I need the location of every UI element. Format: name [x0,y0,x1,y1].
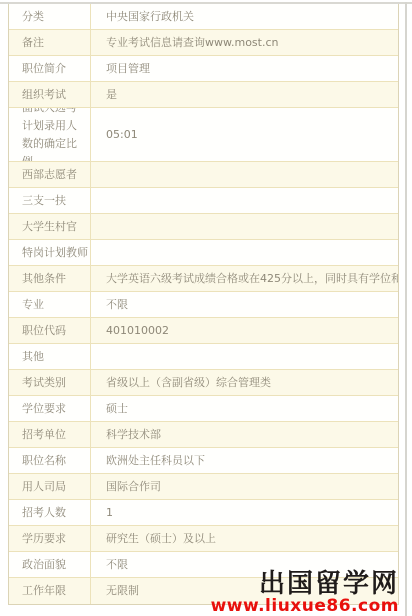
row-value: 硕士 [91,400,398,418]
watermark-site-url: www.liuxue86.com [211,598,399,615]
row-value: 是 [91,86,398,104]
row-label: 职位名称 [9,448,91,473]
position-info-table: 分类 中央国家行政机关 备注 专业考试信息请查询www.most.cn 职位简介… [8,4,399,605]
table-row-special-post-teacher: 特岗计划教师 [9,240,398,266]
table-row-position-name: 职位名称 欧洲处主任科员以下 [9,448,398,474]
row-label: 学位要求 [9,396,91,421]
row-label: 分类 [9,4,91,29]
row-label: 招考单位 [9,422,91,447]
row-label: 特岗计划教师 [9,240,91,265]
row-value: 研究生（硕士）及以上 [91,530,398,548]
table-row-major: 专业 不限 [9,292,398,318]
row-value: 05:01 [91,126,398,144]
row-label: 用人司局 [9,474,91,499]
row-label: 西部志愿者 [9,162,91,187]
row-label: 备注 [9,30,91,55]
table-row-degree-requirement: 学位要求 硕士 [9,396,398,422]
row-value: 不限 [91,296,398,314]
table-row-category: 分类 中央国家行政机关 [9,4,398,30]
row-value: 科学技术部 [91,426,398,444]
row-value: 1 [91,504,398,522]
row-value: 大学英语六级考试成绩合格或在425分以上，同时具有学位和学历。 [91,270,398,288]
row-label: 职位简介 [9,56,91,81]
site-watermark: 出国留学网 www.liuxue86.com [211,571,399,615]
row-label: 三支一扶 [9,188,91,213]
row-label: 政治面貌 [9,552,91,577]
row-label: 专业 [9,292,91,317]
table-row-sanzhiyifu: 三支一扶 [9,188,398,214]
table-row-recruit-count: 招考人数 1 [9,500,398,526]
table-row-position-intro: 职位简介 项目管理 [9,56,398,82]
row-label: 其他 [9,344,91,369]
row-label: 职位代码 [9,318,91,343]
table-row-recruiting-unit: 招考单位 科学技术部 [9,422,398,448]
row-value: 专业考试信息请查询www.most.cn [91,34,398,52]
row-label: 招考人数 [9,500,91,525]
table-row-organized-exam: 组织考试 是 [9,82,398,108]
row-label: 学历要求 [9,526,91,551]
page-right-border [405,2,407,616]
row-label: 组织考试 [9,82,91,107]
table-row-exam-category: 考试类别 省级以上（含副省级）综合管理类 [9,370,398,396]
row-label: 面试人选与计划录用人数的确定比例 [9,108,91,161]
table-row-position-code: 职位代码 401010002 [9,318,398,344]
table-row-remarks: 备注 专业考试信息请查询www.most.cn [9,30,398,56]
row-label: 考试类别 [9,370,91,395]
table-row-western-volunteer: 西部志愿者 [9,162,398,188]
row-value: 401010002 [91,322,398,340]
row-label: 大学生村官 [9,214,91,239]
row-value: 欧洲处主任科员以下 [91,452,398,470]
table-row-interview-ratio: 面试人选与计划录用人数的确定比例 05:01 [9,108,398,162]
watermark-site-name: 出国留学网 [211,571,399,597]
table-row-village-official: 大学生村官 [9,214,398,240]
table-row-employing-department: 用人司局 国际合作司 [9,474,398,500]
table-row-other-conditions: 其他条件 大学英语六级考试成绩合格或在425分以上，同时具有学位和学历。 [9,266,398,292]
row-label: 工作年限 [9,578,91,604]
row-value: 中央国家行政机关 [91,8,398,26]
table-row-education-requirement: 学历要求 研究生（硕士）及以上 [9,526,398,552]
row-label: 其他条件 [9,266,91,291]
table-row-other: 其他 [9,344,398,370]
row-value: 项目管理 [91,60,398,78]
row-value: 省级以上（含副省级）综合管理类 [91,374,398,392]
row-value: 国际合作司 [91,478,398,496]
